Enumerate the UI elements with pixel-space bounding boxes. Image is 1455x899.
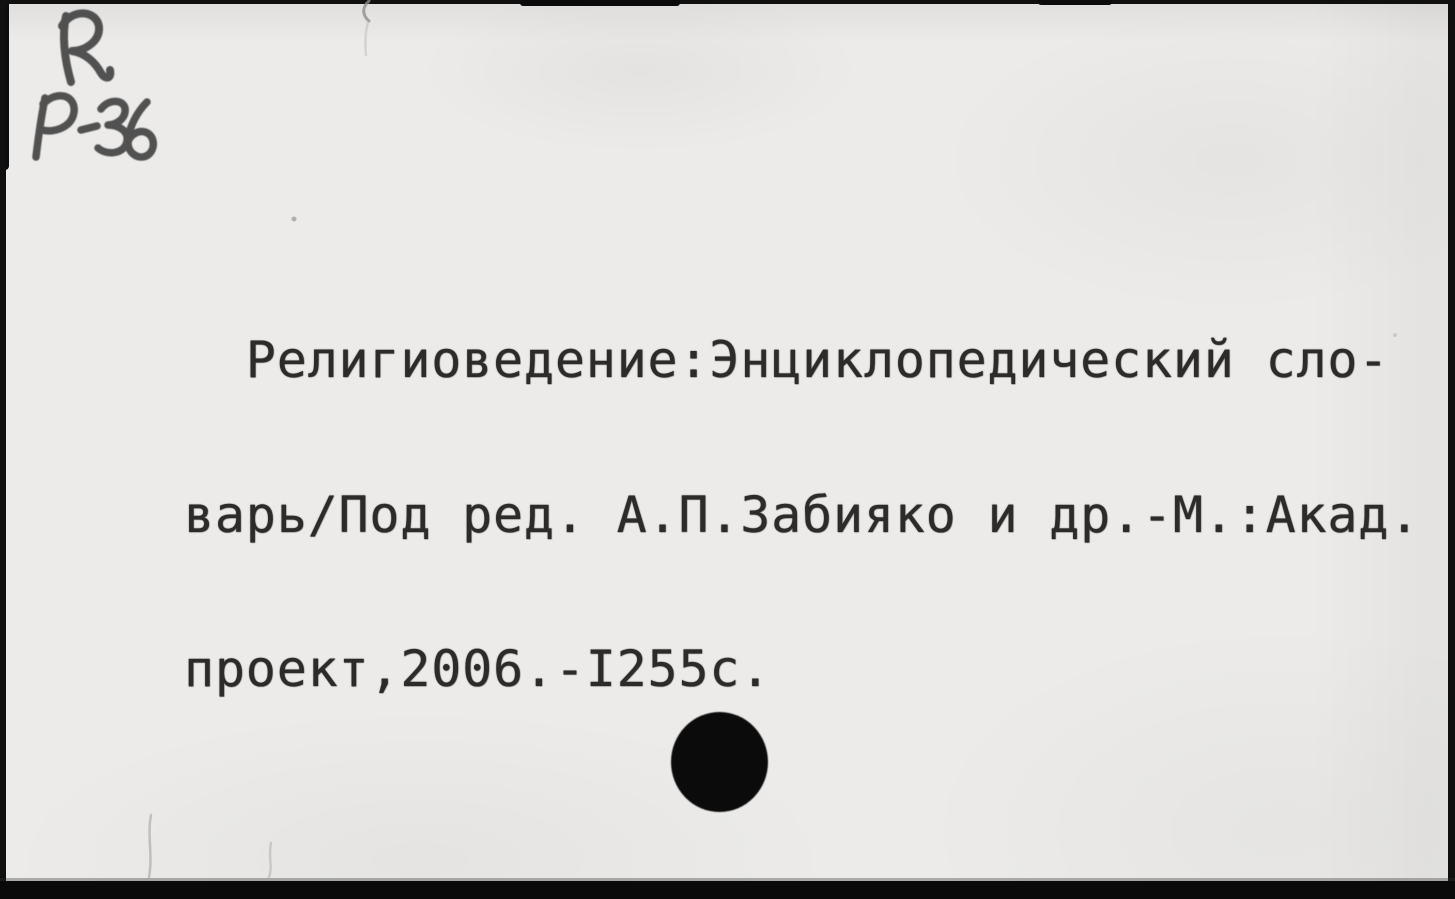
scan-speck [292, 217, 297, 222]
bottom-pencil-mark [149, 815, 151, 877]
scan-edge-top-segment [520, 0, 680, 6]
scan-edge-right [1448, 0, 1455, 899]
catalog-card-scan: Религиоведение:Энциклопедический сло- ва… [0, 0, 1455, 899]
entry-line-1: Религиоведение:Энциклопедический сло- [184, 335, 1420, 387]
scan-edge-top [0, 0, 1455, 4]
bibliographic-entry: Религиоведение:Энциклопедический сло- ва… [184, 232, 1420, 799]
handwritten-number-p36 [36, 96, 153, 157]
handwritten-shelf-mark [0, 0, 200, 180]
entry-line-2: варь/Под ред. А.П.Забияко и др.-М.:Акад. [184, 490, 1420, 542]
bottom-pencil-mark [269, 843, 271, 877]
handwritten-class-letter-r [62, 13, 110, 82]
ink-dot [671, 712, 768, 812]
scan-edge-top-segment [1038, 0, 1112, 5]
top-pen-tail-mark [365, 22, 368, 55]
scan-edge-bottom [0, 881, 1455, 899]
top-pen-hook-mark [364, 1, 369, 21]
entry-line-3: проект,2006.-I255с. [184, 644, 1420, 696]
